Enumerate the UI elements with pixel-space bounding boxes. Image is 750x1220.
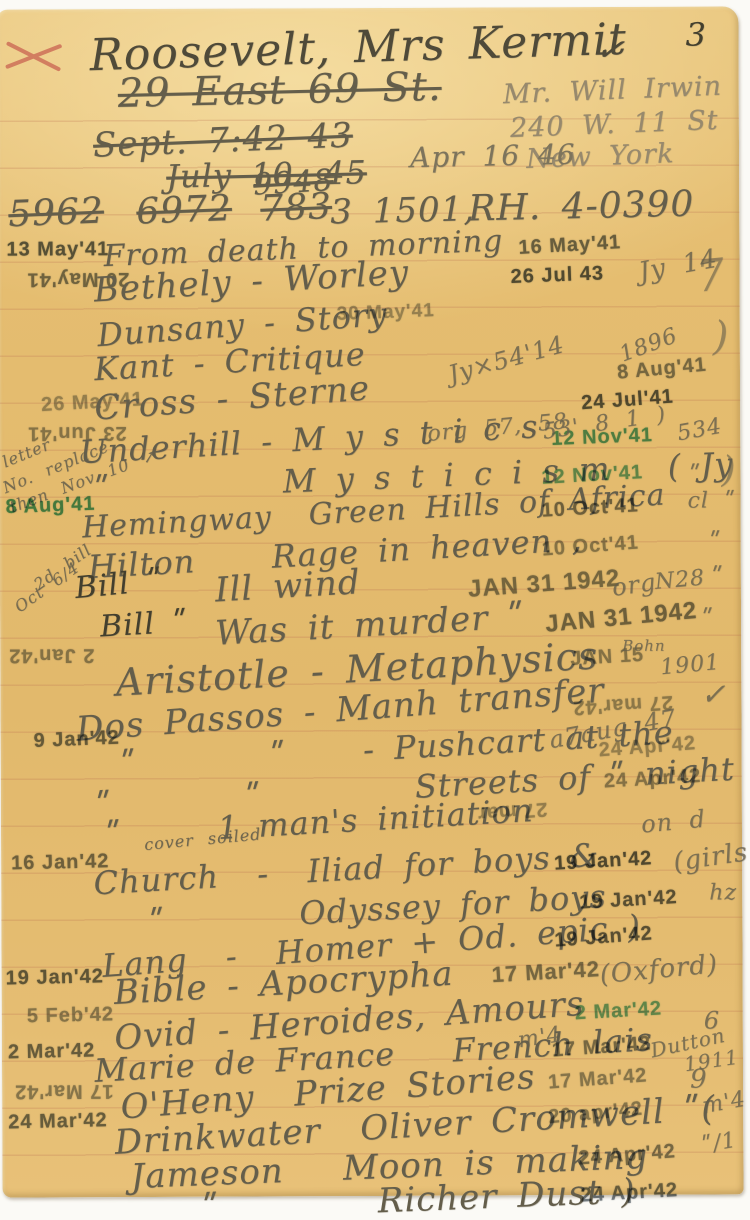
phone-struck-2: 6972 [136,191,233,231]
entry-text: Ill wind [214,565,361,607]
date-stamp: 30 May'41 [336,301,435,324]
pencil-note: ʺ [702,607,714,631]
red-x-mark [6,33,62,79]
margin-bill-note: Bill ʺ [99,608,189,643]
phone-struck-3: 783 [260,189,333,228]
phone-number: RH. 4-0390 [468,187,695,228]
date-stamp: 10 Oct'41 [541,495,639,520]
pencil-note: ʺ [689,463,701,487]
left-date-stamp: 2 Mar'42 [8,1040,96,1062]
pencil-note: cl ʺ [688,490,737,512]
page-number: 3 [685,19,706,51]
date-note: Apr 16 46 [410,141,576,173]
pencil-note: ʺ [710,529,722,553]
date-stamp: 24 Apr'42 [580,1180,678,1205]
left-date-stamp: 13 May'41 [6,239,109,259]
stray-pencil-mark: 7 [695,253,728,299]
scan-background: Roosevelt, Mrs Kermit ✓ 3 29 East 69 St.… [0,0,750,1220]
date-stamp: 26 Jul 43 [510,263,604,287]
phone-struck-1: 5962 [8,194,105,234]
pencil-note: hz [709,882,737,904]
phone-part: 3 1501, [330,192,475,229]
pencil-note: on d [640,807,707,837]
check-mark: ✓ [593,31,627,69]
entry-list: 13 May'41From death to morning16 May'412… [0,6,738,9]
margin-bill-note: Bill ʺ [74,566,165,604]
left-date-stamp: 24 Mar'42 [8,1110,108,1132]
left-date-stamp: 17 Mar'42 [14,1081,113,1101]
left-date-stamp: 2 Jan'42 [8,645,94,665]
pencil-note: org [610,570,657,600]
pencil-note: N28 [654,567,706,594]
library-card: Roosevelt, Mrs Kermit ✓ 3 29 East 69 St.… [0,6,744,1197]
left-date-stamp: 9 Jan'42 [33,728,120,751]
address-struck: 29 East 69 St. [117,67,442,114]
date-stamp: 27 mar [476,799,548,824]
stray-pencil-mark: ) [713,316,730,356]
alt-contact-name: Mr. Will Irwin [502,73,722,109]
left-date-stamp: 5 Feb'42 [27,1004,115,1026]
date-stamp: 19 Jan'42 [554,848,653,874]
pencil-note: 1901 [659,652,721,679]
left-date-stamp: 19 Jan'42 [5,966,104,988]
pencil-note: ʺ [712,564,724,588]
date-stamp: 24 Apr'42 [603,766,701,791]
stray-pencil-mark: ) [721,452,736,488]
pencil-note: ʺ/1 [701,1130,739,1158]
pencil-note: Bohn [622,639,665,654]
alt-contact-street: 240 W. 11 St [509,107,719,142]
date-stamp: 17 Mar'42 [491,958,600,986]
pencil-note: ✓ [700,680,726,710]
